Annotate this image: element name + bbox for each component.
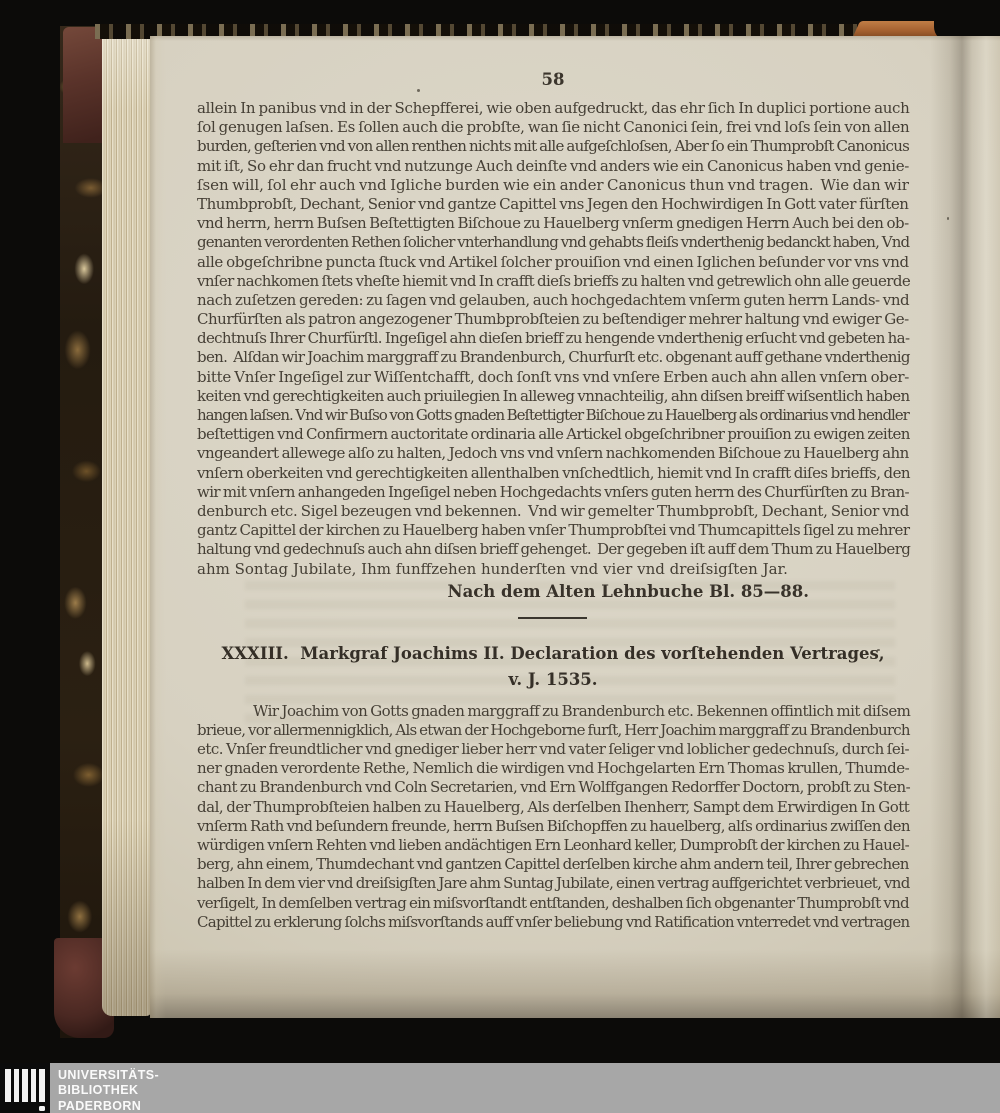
ink-speck [947,217,949,220]
text-line: ner gnaden verordente Rethe, Nemlich die… [197,759,909,778]
text-line: ahm Sontag Jubilate, Ihm funffzehen hund… [197,560,909,579]
text-line: bitte Vnſer Ingeſigel zur Wiſſentchafft,… [197,368,909,387]
text-line: alle obgeſchribne puncta ſtuck vnd Artik… [197,253,909,272]
page-number: 58 [197,70,909,90]
section-divider [518,617,587,619]
text-line: Wir Joachim von Gotts gnaden marggraff z… [253,702,909,721]
text-line: vnd herrn, herrn Buſsen Beſtettigten Biſ… [197,214,909,233]
text-line: chant zu Brandenburch vnd Coln Secretari… [197,778,909,797]
page-edge-stack [102,34,152,1016]
section-heading-date: v. J. 1535. [197,669,909,691]
background-corner [934,0,1000,41]
text-line: dechtnuſs Ihrer Churfürſtl. Ingeſigel ah… [197,329,909,348]
text-line: denburch etc. Sigel bezeugen vnd bekenne… [197,502,909,521]
logo-bar [31,1069,37,1102]
text-line: dal, der Thumprobſteien halben zu Hauelb… [197,798,909,817]
text-line: mit iſt, So ehr dan frucht vnd nutzunge … [197,157,909,176]
section-heading: XXXIII. Markgraf Joachims II. Declaratio… [197,643,909,665]
logo-exclamation-dot [39,1106,45,1112]
text-line: ſsen will, ſol ehr auch vnd Igliche burd… [197,176,909,195]
book-page: 58 allein In panibus vnd in der Schepffe… [150,36,1000,1018]
text-line: beſtettigen vnd Confirmern auctoritate o… [197,425,909,444]
logo-bar [39,1069,45,1102]
library-logo-icon [0,1063,50,1113]
text-column: 58 allein In panibus vnd in der Schepffe… [197,99,909,932]
library-name-line: PADERBORN [58,1099,159,1113]
text-line: haltung vnd gedechnuſs auch ahn diſsen b… [197,540,909,559]
library-name: UNIVERSITÄTS- BIBLIOTHEK PADERBORN [58,1068,159,1113]
library-name-line: BIBLIOTHEK [58,1083,159,1098]
text-line: vngeandert allewege alſo zu halten, Jedo… [197,444,909,463]
text-line: keiten vnd gerechtigkeiten auch priuileg… [197,387,909,406]
text-line: hangen laſsen. Vnd wir Buſso von Gotts g… [197,406,909,425]
text-line: Churfürſten als patron angezogener Thumb… [197,310,909,329]
library-banner: UNIVERSITÄTS- BIBLIOTHEK PADERBORN [0,1063,1000,1113]
text-line: berg, ahn einem, Thumdechant vnd gantzen… [197,855,909,874]
text-line: nach zuſetzen gereden: zu ſagen vnd gela… [197,291,909,310]
text-line: etc. Vnſer freundtlicher vnd gnediger li… [197,740,909,759]
text-line: würdigen vnſern Rehten vnd lieben andäch… [197,836,909,855]
text-line: verſigelt, In demſelben vertrag ein miſs… [197,894,909,913]
text-line: allein In panibus vnd in der Schepfferei… [197,99,909,118]
source-note: Nach dem Alten Lehnbuche Bl. 85—88. [197,581,909,602]
marbled-cover-edge [60,26,104,1038]
library-name-line: UNIVERSITÄTS- [58,1068,159,1083]
text-line: brieue, vor allermennigklich, Als etwan … [197,721,909,740]
logo-bar [22,1069,28,1102]
text-line: halben In dem vier vnd dreiſsigſten Jare… [197,874,909,893]
text-line: vnſerm Rath vnd beſundern freunde, herrn… [197,817,909,836]
text-line: vnſern oberkeiten vnd gerechtigkeiten al… [197,464,909,483]
logo-bar [14,1069,20,1102]
leather-corner-top [63,27,105,143]
text-line: ben. Alſdan wir Joachim marggraff zu Bra… [197,348,909,367]
paragraph-declaration: Wir Joachim von Gotts gnaden marggraff z… [197,702,909,932]
text-line: genanten verordenten Rethen ſolicher vnt… [197,233,909,252]
text-line: gantz Capittel der kirchen zu Hauelberg … [197,521,909,540]
text-line: burden, geſterien vnd von allen renthen … [197,137,909,156]
text-line: Capittel zu erklerung ſolchs miſsvorſtan… [197,913,909,932]
text-line: wir mit vnſern anhangeden Ingeſigel nebe… [197,483,909,502]
book-photograph: 58 allein In panibus vnd in der Schepffe… [0,0,1000,1113]
text-line: ſol genugen laſsen. Es ſollen auch die p… [197,118,909,137]
logo-bar [5,1069,11,1102]
text-line: vnſer nachkomen ſtets vheſte hiemit vnd … [197,272,909,291]
text-line: Thumbprobſt, Dechant, Senior vnd gantze … [197,195,909,214]
paragraph-contract-continuation: allein In panibus vnd in der Schepfferei… [197,99,909,579]
